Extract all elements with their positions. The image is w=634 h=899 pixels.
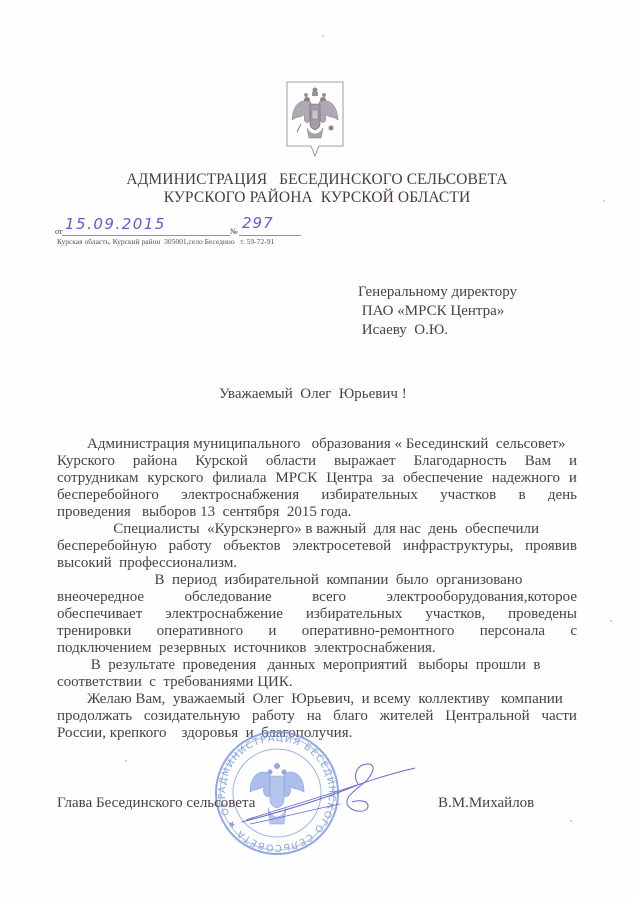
handwritten-signature <box>240 760 420 830</box>
body-line: тренировкиоперативногоиоперативно-ремонт… <box>57 623 577 640</box>
salutation: Уважаемый Олег Юрьевич ! <box>219 386 407 403</box>
body-line: бесперебойнуюработуобъектовэлектросетево… <box>57 538 577 555</box>
scan-speck <box>610 620 612 622</box>
body-line: КурскогорайонаКурскойобластивыражаетБлаг… <box>57 453 577 470</box>
body-line: сотрудникамкурскогофилиалаМРСКЦентразаоб… <box>57 470 577 487</box>
letter-page: АДМИНИСТРАЦИЯ БЕСЕДИНСКОГО СЕЛЬСОВЕТА КУ… <box>0 0 634 899</box>
addressee-name: Исаеву О.Ю. <box>358 321 517 340</box>
body-line: В результате проведения данных мероприят… <box>57 657 577 674</box>
body-line: обеспечиваетэлектроснабжениеизбирательны… <box>57 606 577 623</box>
addressee-company: ПАО «МРСК Центра» <box>358 302 517 321</box>
org-address: Курская область, Курский район 305001,се… <box>57 237 274 246</box>
letter-body: Администрация муниципального образования… <box>57 436 577 742</box>
coat-of-arms-icon <box>285 80 345 160</box>
scan-speck <box>603 200 605 202</box>
org-name-line-2: КУРСКОГО РАЙОНА КУРСКОЙ ОБЛАСТИ <box>0 189 634 207</box>
body-line: соответствии с требованиями ЦИК. <box>57 674 577 691</box>
number-label: № <box>230 227 238 236</box>
body-line: Специалисты «Курскэнерго» в важный для н… <box>57 521 577 538</box>
signatory-title: Глава Бесединского сельсовета <box>57 795 255 812</box>
handwritten-number: 297 <box>242 214 274 232</box>
body-line: подключением резервных источников электр… <box>57 640 577 657</box>
body-line: Администрация муниципального образования… <box>57 436 577 453</box>
body-line: В период избирательной компании было орг… <box>57 572 577 589</box>
handwritten-date: 15.09.2015 <box>65 215 166 233</box>
body-line: внеочередноеобследованиевсегоэлектрообор… <box>57 589 577 606</box>
reference-row: от 15.09.2015 № 297 <box>55 217 255 237</box>
scan-speck <box>570 820 572 822</box>
addressee-block: Генеральному директору ПАО «МРСК Центра»… <box>358 283 517 340</box>
date-underline <box>62 235 230 236</box>
body-line: бесперебойногоэлектроснабженияизбиратель… <box>57 487 577 504</box>
org-name-line-1: АДМИНИСТРАЦИЯ БЕСЕДИНСКОГО СЕЛЬСОВЕТА <box>0 171 634 189</box>
signatory-name: В.М.Михайлов <box>438 795 534 812</box>
number-underline <box>239 235 301 236</box>
body-line: Желаю Вам, уважаемый Олег Юрьевич, и все… <box>57 691 577 708</box>
organization-header: АДМИНИСТРАЦИЯ БЕСЕДИНСКОГО СЕЛЬСОВЕТА КУ… <box>0 171 634 207</box>
body-line: проведения выборов 13 сентября 2015 года… <box>57 504 577 521</box>
scan-speck <box>322 35 324 37</box>
addressee-position: Генеральному директору <box>358 283 517 302</box>
body-line: продолжатьсозидательнуюработунаблагожите… <box>57 708 577 725</box>
body-line: высокий профессионализм. <box>57 555 577 572</box>
scan-speck <box>125 760 127 762</box>
